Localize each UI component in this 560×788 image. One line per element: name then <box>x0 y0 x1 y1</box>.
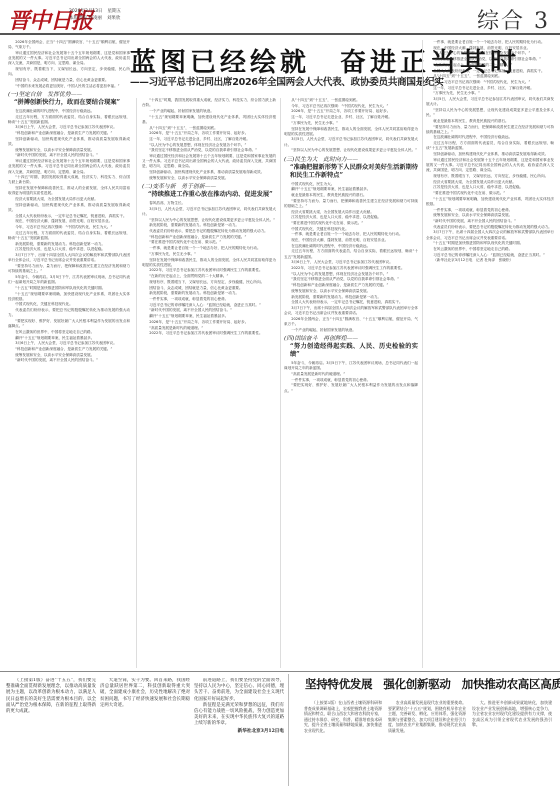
paragraph: 统筹发展和安全，以高水平安全保障高质量发展。 <box>426 213 554 218</box>
paragraph: 一件事、就是要让老百姓一个一个地去办好，把人民的期待化为行动。 <box>284 232 418 237</box>
paragraph: 坚持创新驱动，加快构建现代化产业体系，推动高质量发展取得新成效。 <box>426 152 554 157</box>
paragraph: “科技创新和产业创新深度融合，是新质生产力发展的关键。” <box>8 131 130 136</box>
paragraph: “十四五”时期，我国发展取得重大成就，经济实力、科技实力、综合国力跃上新台阶。 <box>142 98 276 108</box>
paragraph: 翻开“十五五”规划纲要草案，民生福祉着墨甚多。 <box>142 314 276 319</box>
paragraph: “我们坚定不移推进全面从严治党，以党的自我革命引领社会革命。” <box>142 148 276 153</box>
paragraph: 一件事、就是要让老百姓一个一个地去办好，把人民的期待化为行动。 <box>426 40 554 45</box>
paragraph: 3月6日上午，人民大会堂，习近平总书记参加江苏代表团审议。 <box>8 125 130 130</box>
paragraph: 2026年，是“十五五”开局之年，各项工作要开好局、起好步。 <box>142 320 276 325</box>
article-column-2: “十四五”时期，我国发展取得重大成就，经济实力、科技实力、综合国力跃上新台阶。 … <box>142 98 276 668</box>
paragraph: 从“十四五”到“十五五”，一张蓝图绘到底。 <box>142 126 276 131</box>
section-heading-1: (一)坚定自信 发挥优势—— “拼搏创新快行力，政而在要结合现案” <box>8 91 130 107</box>
paragraph: “万事民为先，民生无小事。” <box>284 121 418 126</box>
paragraph: 就业是最基本的民生，教育是民族振兴的基石。 <box>284 193 418 198</box>
paragraph: “要在推进中国式现代化中走在前、做示范。” <box>142 240 276 245</box>
paragraph: 春风浩荡，万物生长。 <box>142 201 276 206</box>
paragraph: 2026年，是“十五五”开局之年，各项工作要开好局、起好步。 <box>284 109 418 114</box>
paragraph: 代表委员们纷纷表示，要把总书记的殷殷嘱托转化为推动发展的强大动力。 <box>8 308 130 318</box>
paragraph: 今年，习近平总书记再次强调：“中国式现代化，民生为大。” <box>426 80 554 85</box>
paragraph: 全国人大代表纷纷表示，一定牢记总书记嘱托，锐意进取，真抓实干。 <box>284 300 418 305</box>
paragraph: 中国式现代化，关键在科技现代化。 <box>8 302 130 307</box>
paragraph: 走过五年历程，方方面面的代表委员，结合自身实际，着眼长远规划，畅谈“十五五”发展… <box>284 249 418 259</box>
paragraph: “科技创新和产业创新深度融合，是新质生产力发展的关键。” <box>8 347 130 352</box>
editorial-column-1: （上接第1版）奋进“十五五”，我们要完整准确全面贯彻新发展理念，以推动高质量发展… <box>6 678 96 786</box>
bottom-article-column-1: （上接第1版）在山西省土壤资源科研和普查成果调研基础上，宏观把握我省土地资源情况… <box>304 700 382 786</box>
section-number: (二)变革与新 勇于创新—— <box>142 184 216 190</box>
paragraph: 全国人大代表纷纷表示，一定牢记总书记嘱托，锐意进取，真抓实干。 <box>426 69 554 74</box>
paragraph: “坚持以人民为中心的发展思想，让现代化建设成果更多更公平惠及全体人民。” <box>284 148 418 153</box>
paragraph: 走过五年历程，方方面面的代表委员，结合自身实际，着眼长远规划，畅谈“十五五”发展… <box>426 141 554 151</box>
paragraph: “我们坚定不移推进全面从严治党，以党的自我革命引领社会革命。” <box>284 277 418 282</box>
section-heading-3: (三)民生为大 此时向力—— “准确把握新形势下人民群众对美好生活新期待和民生工… <box>284 156 418 180</box>
paragraph: （上接第1版）奋进“十五五”，我们要完整准确全面贯彻新发展理念，以推动高质量发展… <box>6 678 96 715</box>
paragraph: 审议通过国民经济和社会发展第十五个五年规划纲要，这是党和国家事业发展的又一件大事… <box>8 159 130 175</box>
paragraph: “十四五”时期，我国发展取得重大成就，经济实力、科技实力、综合国力跃上新台阶。 <box>8 175 130 185</box>
paragraph: “要坚持尽力而为、量力而行，把保障和改善民生建立在经济发展和财力可持续的基础之上… <box>284 199 418 209</box>
paragraph: 就业是最基本的民生，教育是民族振兴的基石。 <box>426 119 554 124</box>
paragraph: 3月5日，人民大会堂，习近平总书记参加江苏代表团审议，同代表们共商发展大计。 <box>142 207 276 217</box>
main-subheadline: ——习近平总书记同出席2026年全国两会人大代表、政协委员共商国是纪实 <box>130 74 430 88</box>
masthead-rule <box>0 33 560 35</box>
paragraph: 坚持创新驱动，加快构建现代化产业体系，推动高质量发展取得新成效。 <box>8 137 130 147</box>
paragraph: 3月6日上午，人民大会堂，习近平总书记参加江苏代表团审议。 <box>8 341 130 346</box>
paragraph: 江苏是经济大省，也是人口大省，稳中求进、以进促稳。 <box>284 215 418 220</box>
paragraph: 翻开“十五五”规划纲要草案，民生福祉着墨甚多。 <box>284 187 418 192</box>
paragraph: 一个产业的崛起，折射国家发展的轨迹。 <box>142 109 276 114</box>
section-quote: “努力创造经得起实践、人民、历史检验的实绩” <box>284 343 418 359</box>
paragraph: “新时代中国的发展，离不开全国人民的团结奋斗。” <box>8 153 130 158</box>
article-column-3: 从“十四五”到“十五五”，一张蓝图绘到底。 今年，习近平总书记再次强调：“中国式… <box>284 98 418 668</box>
paragraph: 审议通过国民经济和社会发展第十五个五年规划纲要，这是党和国家事业发展的又一件大事… <box>8 51 130 67</box>
paragraph: 坚持在发展中保障和改善民生，推动人的全面发展、全体人民共同富裕取得更为明显的实质… <box>8 186 130 196</box>
paragraph: 2026年全国两会，正当“十四五”圆满收官、“十五五”顺利启航，催征开局、气象万… <box>284 317 418 327</box>
paragraph: 农业高质量发展是现代农业的重要使命。要紧紧结合“十五五”规划，围绕有机旱作农业主… <box>388 700 466 734</box>
article-column-4: 一件事、就是要让老百姓一个一个地去办好，把人民的期待化为行动。 现在，中国经济大… <box>426 40 554 668</box>
paragraph: “十五五”时期是加快推进国防和军队现代化的关键时期。 <box>426 241 554 246</box>
section-number: (三)民生为大 此时向力—— <box>284 157 358 163</box>
paragraph: 一件事、就是要让老百姓一个一个地去办好，把人民的期待化为行动。 <box>142 246 276 251</box>
paragraph: “十五五”时期是加快推进国防和军队现代化的关键时期。 <box>8 286 130 291</box>
editorial-credit: 新华社北京3月12日电 <box>194 729 284 735</box>
paragraph: 新发展阶段，需要新的发展动力。科技创新是第一动力。 <box>142 291 276 296</box>
paragraph: 大。推进更多创新成果就地转化，加快建设农业产业发展创新高地，增强核心竞争力，为全… <box>472 700 552 728</box>
paragraph: 3月6日上午，人民大会堂，习近平总书记参加江苏代表团审议。 <box>284 260 418 265</box>
paragraph: 前进道路上，我们要坚持党的全面领导，坚持以人民为中心，坚定信心、同心同德，埋头苦… <box>194 678 284 703</box>
paragraph: 坚持在发展中保障和改善民生，推动人的全面发展、全体人民共同富裕取得更为明显的实质… <box>284 127 418 137</box>
issue-date: 2026年3月13日 <box>69 9 103 14</box>
paragraph: 江苏是经济大省，也是人口大省，稳中求进、以进促稳。 <box>426 185 554 190</box>
paragraph: “要坚持尽力而为、量力而行，把保障和改善民生建立在经济发展和财力可持续的基础之上… <box>426 125 554 135</box>
paragraph: 中国式现代化，民生为大。 <box>284 182 418 187</box>
paragraph: 坚持在发展中保障和改善民生，推动人的全面发展、全体人民共同富裕取得更为明显的实质… <box>142 258 276 268</box>
paragraph: 新征程是充满光荣和梦想的远征，我们有信心有能力战胜一切风险挑战，努力创造更加美好… <box>194 703 284 728</box>
section-divider <box>0 671 560 672</box>
paragraph: “在新的历史起点上，全面贯彻党的二十大精神。” <box>426 63 554 68</box>
bottom-article-headline: 坚持特优发展 强化创新驱动 加快推动农高区高质量发展 <box>305 676 560 692</box>
paragraph: 经济大省要挑大梁，为全国发展大局作出更大贡献。 <box>284 210 418 215</box>
paragraph: “新时代中国的发展，离不开全国人民的团结奋斗。” <box>426 219 554 224</box>
paragraph: 5年奋斗，今朝再启。3月5日下午，江苏代表团审议现场，总书记同代表们一起谋划开局… <box>8 275 130 285</box>
paragraph: 规划有序，既着眼当下，又谋划长远，方向坚定，步伐稳健，民心所向。 <box>8 67 130 77</box>
paragraph: 审议通过国民经济和社会发展第十五个五年规划纲要，这是党和国家事业发展的又一件大事… <box>142 154 276 170</box>
paragraph: “高质量发展是新时代的硬道理。” <box>284 372 418 377</box>
paragraph: “中国的未来发展必将更加美好，中国人民的生活必将更加幸福。” <box>8 84 130 89</box>
paragraph: 规划有序，既着眼当下，又谋划长远，方向坚定，步伐稳健，民心所向。 <box>142 280 276 285</box>
paragraph: “高质量发展是新时代的硬道理。” <box>142 326 276 331</box>
paragraph: 在这波澜壮阔的时代进程中，中国经济行稳致远。 <box>8 109 130 114</box>
paragraph: “万事民为先，民生无小事。” <box>426 91 554 96</box>
paragraph: 在风云激荡的世界中，中国将坚定地走自己的路。 <box>426 247 554 252</box>
paragraph: “以人民为中心的发展思想，体现在经济社会发展各个环节。” <box>426 51 554 56</box>
paragraph: 今年，习近平总书记再次强调：“中国式现代化，民生为大。” <box>8 225 130 230</box>
paragraph: “新时代中国的发展，离不开全国人民的团结奋斗。” <box>8 358 130 363</box>
issue-meta: 2026年3月13日星期五 本版责编 段凌丽刘果欣 <box>69 8 126 22</box>
paragraph: “科技创新和产业创新深度融合，是新质生产力发展的关键。” <box>284 283 418 288</box>
paragraph: 现在，中国经济大潮、蓬勃发展、前景光明，百姓安居乐业。 <box>8 219 130 224</box>
paragraph: 江苏是经济大省，也是人口大省，稳中求进、以进促稳。 <box>8 247 130 252</box>
article-dateline: （新华社北京3月12日电 记者 杜尚泽 张晓松） <box>426 258 554 263</box>
bottom-article-column-2: 农业高质量发展是现代农业的重要使命。要紧紧结合“十五五”规划，围绕有机旱作农业主… <box>388 700 466 786</box>
paragraph: “要坚持尽力而为、量力而行，把保障和改善民生建立在经济发展和财力可持续的基础之上… <box>8 264 130 274</box>
column-rule <box>136 98 137 668</box>
paragraph: 3月5日，人民大会堂，习近平总书记参加江苏代表团审议，同代表们共商发展大计。 <box>426 97 554 107</box>
issue-weekday: 星期五 <box>108 9 122 14</box>
paragraph: 一件件实事，一项项成就，彰显着党的初心使命。 <box>142 297 276 302</box>
paragraph: 3月7日下午，出席十四届全国人大四次会议的解放军和武警部队代表团举行全体会议，习… <box>284 306 418 316</box>
paragraph: 3月7日下午，出席十四届全国人大四次会议的解放军和武警部队代表团举行全体会议，习… <box>8 253 130 263</box>
paragraph: 2026年，是“十五五”开局之年，各项工作要开好局、起好步。 <box>142 131 276 136</box>
paragraph: 在这波澜壮阔的时代进程中，中国经济行稳致远。 <box>426 135 554 140</box>
paragraph: 统筹发展和安全，以高水平安全保障高质量发展。 <box>142 176 276 181</box>
paragraph: 2026年全国两会，正当“十四五”圆满收官、“十五五”顺利启航，催征开局、气象万… <box>8 40 130 50</box>
paragraph: 2022年，习近平总书记参加江苏代表团审议时强调民生工作的重要性。 <box>284 266 418 271</box>
paragraph: 现在，中国经济大潮、蓬勃发展、前景光明，百姓安居乐业。 <box>284 238 418 243</box>
column-rule <box>280 98 281 668</box>
paragraph: 代表委员们纷纷表示，要把总书记的殷殷嘱托转化为推动发展的强大动力。 <box>142 229 276 234</box>
bottom-article-column-3: 大。推进更多创新成果就地转化，加快建设农业产业发展创新高地，增强核心竞争力，为全… <box>472 700 552 786</box>
paragraph: 规划有序，既着眼当下，又谋划长远，方向坚定，步伐稳健，民心所向。 <box>426 174 554 179</box>
paragraph: “在新的历史起点上，全面贯彻党的二十大精神。” <box>142 274 276 279</box>
paragraph: “我们坚定不移推进全面从严治党，以党的自我革命引领社会革命。” <box>426 57 554 62</box>
paragraph: 新发展阶段，需要新的发展动力。科技创新是第一动力。 <box>142 223 276 228</box>
paragraph: “十五五”规划纲要草案明确，加快建设现代化产业体系，巩固壮大实体经济根基。 <box>426 197 554 207</box>
paragraph: 3月5日，人民大会堂，习近平总书记参加江苏代表团审议，同代表们共商发展大计。 <box>284 137 418 147</box>
paragraph: 5年奋斗，今朝再启。3月5日下午，江苏代表团审议现场，总书记同代表们一起谋划开局… <box>284 361 418 371</box>
paragraph: 这一年，习近平总书记走进企业、乡村、社区，了解百姓冷暖。 <box>142 137 276 142</box>
paragraph: “要在推进中国式现代化中走在前、做示范。” <box>284 221 418 226</box>
section-label: 综合 3 <box>477 4 550 35</box>
paragraph: 2022年，习近平总书记参加江苏代表团审议时强调民生工作的重要性。 <box>142 268 276 273</box>
paragraph: 3月7日下午，出席十四届全国人大四次会议的解放军和武警部队代表团举行全体会议，习… <box>426 230 554 240</box>
paragraph: “要把实现好、维护好、发展好最广大人民根本利益作为发展的出发点和落脚点。” <box>284 383 418 393</box>
paragraph: 一个产业的崛起，折射国家发展的轨迹。 <box>284 328 418 333</box>
section-heading-4: (四)团结奋斗 再创辉煌—— “努力创造经得起实践、人民、历史检验的实绩” <box>284 335 418 359</box>
paragraph: 团结奋斗，众志成城，团结就是力量，信心比黄金更重要。 <box>8 78 130 83</box>
paragraph: “万事民为先，民生无小事。” <box>142 252 276 257</box>
column-rule <box>422 40 423 668</box>
paragraph: （上接第1版）在山西省土壤资源科研和普查成果调研基础上，宏观把握我省土地资源情况… <box>304 700 382 734</box>
section-quote: “持续推进工作重心放在推动内动、促进发展” <box>142 191 276 199</box>
paragraph: “坚持以人民为中心的发展思想，让现代化建设成果更多更公平惠及全体人民。” <box>426 108 554 118</box>
section-number: (一)坚定自信 发挥优势—— <box>8 92 82 98</box>
paragraph: 这一年，习近平总书记走进企业、乡村、社区，了解百姓冷暖。 <box>284 115 418 120</box>
paragraph: 统筹发展和安全，以高水平安全保障高质量发展。 <box>284 289 418 294</box>
editorial-column-3: 前进道路上，我们要坚持党的全面领导，坚持以人民为中心，坚定信心、同心同德，埋头苦… <box>194 678 284 786</box>
paragraph: “十五五”规划纲要草案明确，加快建设现代化产业体系，巩固壮大实体经济根基。 <box>142 115 276 125</box>
paragraph: 2022年，习近平总书记参加江苏代表团审议时强调民生工作的重要性。 <box>142 331 276 336</box>
paragraph: 在风云激荡的世界中，中国将坚定地走自己的路。 <box>8 330 130 335</box>
section-heading-2: (二)变革与新 勇于创新—— “持续推进工作重心放在推动内动、促进发展” <box>142 183 276 199</box>
paragraph: 坚持创新驱动，加快构建现代化产业体系，推动高质量发展取得新成效。 <box>142 170 276 175</box>
paragraph: “十五五”规划纲要草案明确，加快建设现代化产业体系，巩固壮大实体经济根基。 <box>8 292 130 302</box>
column-rule <box>288 674 289 786</box>
paragraph: “新时代中国的发展，离不开全国人民的团结奋斗。” <box>142 308 276 313</box>
paragraph: 大道至简，实干为要。回首来路，我国经济总量跃居世界第二，科技创新取得重大突破，全… <box>100 678 190 709</box>
paragraph: “要把实现好、维护好、发展好最广大人民根本利益作为发展的出发点和落脚点。” <box>8 319 130 329</box>
paragraph: 走过五年历程，方方面面的代表委员，结合自身实际，着眼长远规划，畅谈“十五五”发展… <box>8 231 130 241</box>
paragraph: 审议通过国民经济和社会发展第十五个五年规划纲要，这是党和国家事业发展的又一件大事… <box>426 158 554 174</box>
paragraph: 经济大省要挑大梁，为全国发展大局作出更大贡献。 <box>8 197 130 202</box>
paragraph: 从“十四五”到“十五五”，一张蓝图绘到底。 <box>284 98 418 103</box>
paragraph: 经济大省要挑大梁，为全国发展大局作出更大贡献。 <box>426 180 554 185</box>
paragraph: “要在推进中国式现代化中走在前、做示范。” <box>426 191 554 196</box>
section-quote: “准确把握新形势下人民群众对美好生活新期待和民生工作新特点” <box>284 164 418 180</box>
editorial-column-2: 大道至简，实干为要。回首来路，我国经济总量跃居世界第二，科技创新取得重大突破，全… <box>100 678 190 786</box>
section-quote: “拼搏创新快行力，政而在要结合现案” <box>8 99 130 107</box>
page-proofreader: 刘果欣 <box>107 16 121 21</box>
paragraph: 从“十四五”到“十五五”，一张蓝图绘到底。 <box>426 74 554 79</box>
masthead: 晋中日报 2026年3月13日星期五 本版责编 段凌丽刘果欣 综合 3 <box>0 0 560 33</box>
paragraph: 走过五年历程，方方面面的代表委员，结合自身实际，着眼长远规划，畅谈“十五五”发展… <box>8 115 130 125</box>
page-editor: 本版责编 段凌丽 <box>69 16 102 21</box>
paragraph: 坚持创新驱动，加快构建现代化产业体系，推动高质量发展取得新成效。 <box>8 203 130 213</box>
article-column-1: 2026年全国两会，正当“十四五”圆满收官、“十五五”顺利启航，催征开局、气象万… <box>8 40 130 668</box>
section-number: (四)团结奋斗 再创辉煌—— <box>284 336 358 342</box>
